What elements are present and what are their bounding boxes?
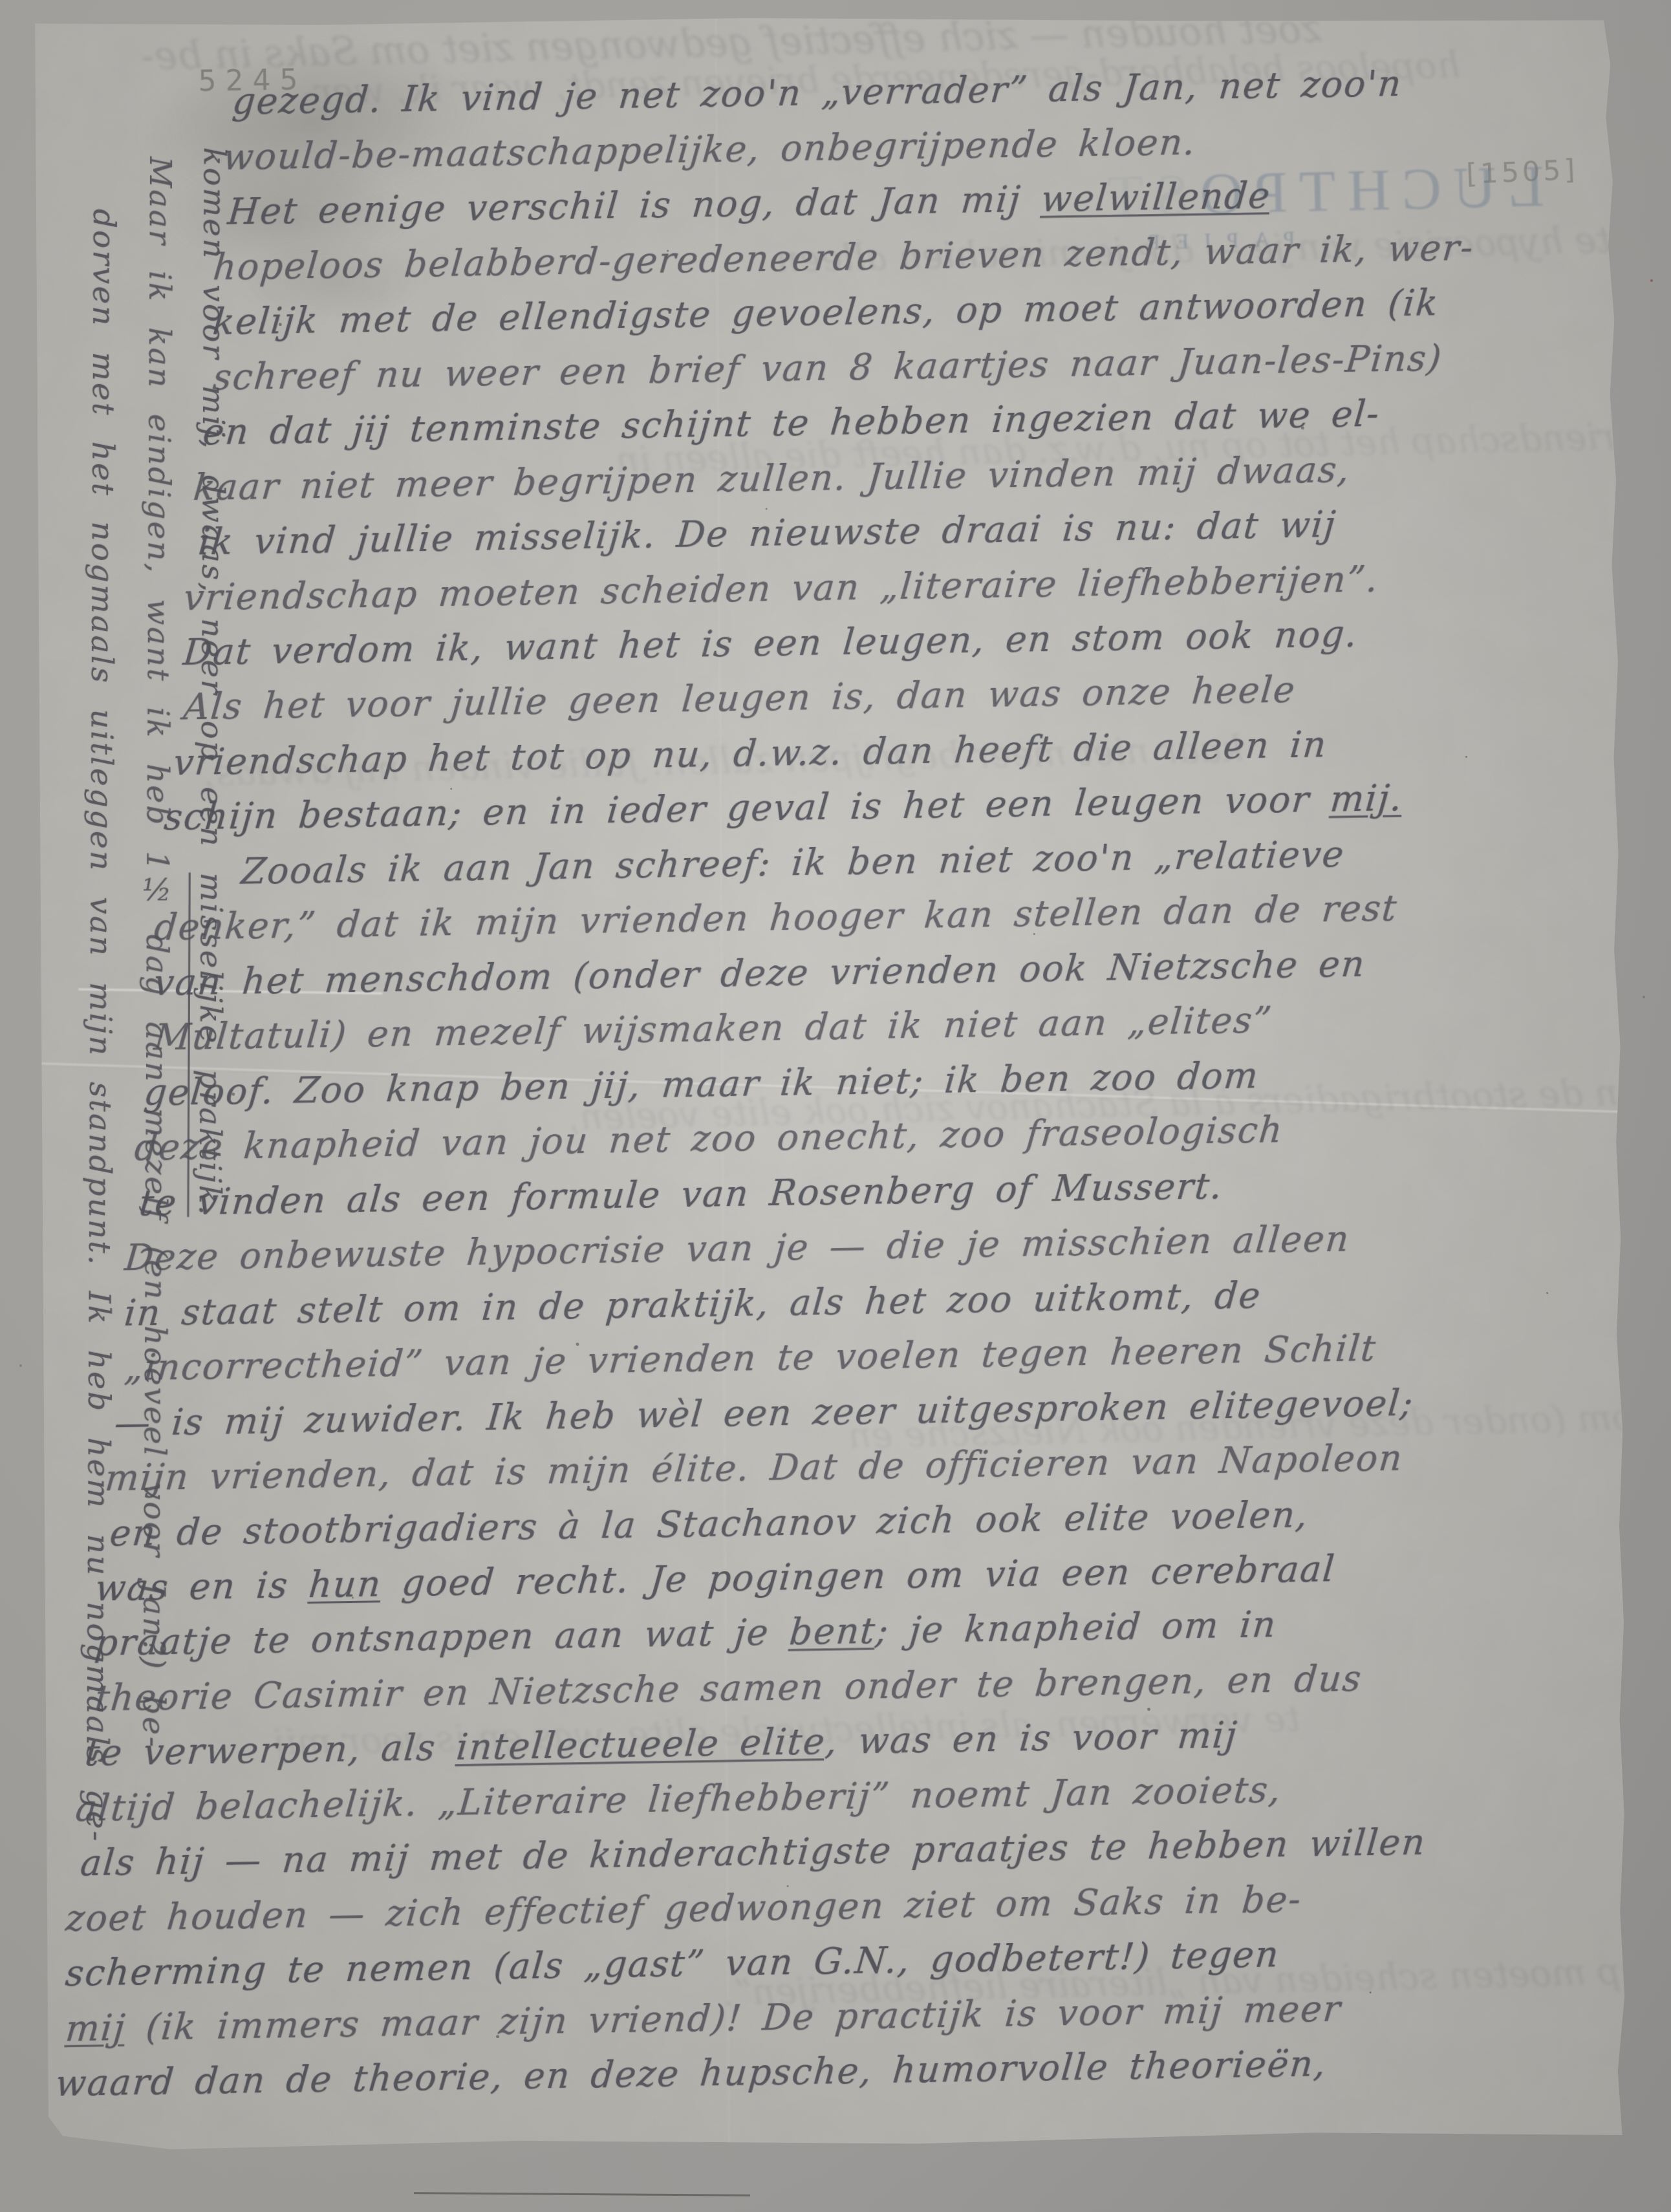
bleedthrough-handwriting: vriendschap het tot op nu, d.w.z. dan he… [615, 416, 1636, 482]
handwritten-line: te verwerpen, als intellectueele elite, … [83, 1704, 1467, 1781]
handwritten-line: schreef nu weer een brief van 8 kaartjes… [211, 328, 1590, 405]
handwritten-line: te vinden als een formule van Rosenberg … [137, 1154, 1516, 1231]
page-number-annotation: [1505] [1466, 156, 1579, 189]
handwritten-line: — is mij zuwider. Ik heb wèl een zeer ui… [113, 1374, 1496, 1451]
paper-grain-texture [31, 11, 1631, 2156]
handwritten-line: waard dan de theorie, en deze hupsche, h… [53, 2035, 1437, 2112]
paper-shading [31, 11, 1631, 2156]
handwritten-line: was en is hun goed recht. Je pogingen om… [93, 1540, 1482, 1616]
handwritten-line: would-be-maatschappelijke, onbegrijpende… [221, 108, 1609, 185]
handwritten-line: en dat jij tenminste schijnt te hebben i… [200, 383, 1584, 460]
handwritten-line: ik vind jullie misselijk. De nieuwste dr… [196, 493, 1575, 570]
vertical-fold-crease [715, 16, 731, 2151]
handwritten-line: en de stootbrigadiers à la Stachanov zic… [107, 1484, 1486, 1561]
handwritten-line: als hij — na mij met de kinderachtigste … [78, 1814, 1457, 1891]
handwritten-line: altijd belachelijk. „Literaire liefhebbe… [73, 1759, 1461, 1836]
horizontal-fold-crease [38, 1062, 1640, 1115]
luchtpost-letterhead-showthrough: LUCHTPOST PAPIER [1095, 156, 1546, 255]
left-margin-handwriting: komen voor mij, dwaas, neer op een misse… [31, 19, 251, 2156]
scanner-dust-speck [19, 1364, 22, 1367]
handwritten-line: deze knapheid van jou net zoo onecht, zo… [133, 1099, 1521, 1176]
letter-body-handwriting: gezegd. Ik vind je net zoo'n „verrader” … [49, 53, 1614, 2111]
handwritten-line: hopeloos belabberd-geredeneerde brieven … [211, 218, 1599, 295]
handwritten-line: zoet houden — zich effectief gedwongen z… [63, 1869, 1452, 1946]
handwritten-line: geloof. Zoo knap ben jij, maar ik niet; … [142, 1044, 1525, 1121]
handwritten-line: mij (ik immers maar zijn vriend)! De pra… [63, 1980, 1442, 2057]
handwritten-line: Als het voor jullie geen leugen is, dan … [181, 658, 1560, 735]
handwritten-line: Multatuli) en mezelf wijsmaken dat ik ni… [152, 989, 1531, 1066]
bleedthrough-handwriting: kaar niet meer begrijpen zullen. Jullie … [203, 728, 1244, 795]
handwritten-line: praatje te ontsnappen aan wat je bent; j… [92, 1595, 1476, 1671]
scanner-scratch [414, 2192, 750, 2196]
handwritten-line: vriendschap het tot op nu, d.w.z. dan he… [171, 714, 1555, 791]
handwritten-line: mijn vrienden, dat is mijn élite. Dat de… [103, 1429, 1491, 1506]
handwritten-line: gezegd. Ik vind je net zoo'n „verrader” … [230, 53, 1614, 130]
bleedthrough-handwriting: zoet houden — zich effectief gedwongen z… [141, 6, 1322, 79]
handwritten-line: „incorrectheid” van je vrienden te voele… [122, 1319, 1501, 1396]
margin-line: dorven met het nogmaals uitleggen van mi… [79, 209, 122, 1843]
handwritten-line: vriendschap moeten scheiden van „literai… [181, 548, 1569, 625]
paper-scratch [78, 989, 382, 994]
bleedthrough-handwriting: te verwerpen, als intellectueele elite, … [274, 1698, 1301, 1764]
pencil-smudge [116, 21, 504, 224]
paper-specks [279, 323, 282, 326]
scanner-background: 5245 [1505] LUCHTPOST PAPIER zoet houden… [0, 0, 1671, 2212]
handwritten-line: Dat verdom ik, want het is een leugen, e… [181, 603, 1565, 680]
bleedthrough-handwriting: Deze onbewuste hypocrisie van je — die j… [776, 213, 1671, 281]
handwritten-line: scherming te nemen (als „gast” van G.N.,… [63, 1924, 1447, 2001]
handwritten-line: Zooals ik aan Jan schreef: ik ben niet z… [166, 824, 1545, 901]
pencil-smudge [226, 231, 440, 330]
handwritten-line: in staat stelt om in de praktijk, als he… [122, 1264, 1506, 1341]
handwritten-line: denker,” dat ik mijn vrienden hooger kan… [152, 879, 1540, 956]
bleedthrough-handwriting: vriendschap moeten scheiden van „literai… [722, 1946, 1671, 2014]
handwritten-line: theorie Casimir en Nietzsche samen onder… [93, 1649, 1472, 1726]
handwritten-line: Het eenige verschil is nog, dat Jan mij … [226, 163, 1604, 240]
handwritten-line: schijn bestaan; en in ieder geval is het… [162, 769, 1550, 846]
margin-line: komen voor mij, dwaas, neer op een misse… [192, 147, 232, 1218]
airmail-letter-page: 5245 [1505] LUCHTPOST PAPIER zoet houden… [31, 11, 1631, 2156]
scanner-dust-speck [1643, 996, 1645, 998]
handwritten-line: Deze onbewuste hypocrisie van je — die j… [122, 1209, 1511, 1286]
scanner-dust-speck [1650, 279, 1653, 282]
inventory-number-annotation: 5245 [198, 66, 307, 96]
margin-line: Maar ik kan eindigen, want ik heb 1½ dag… [135, 156, 178, 1749]
luchtpost-brand-text: LUCHTPOST [1095, 156, 1546, 226]
bleedthrough-handwriting: en de stootbrigadiers à la Stachanov zic… [568, 1071, 1640, 1139]
bleedthrough-handwriting: hopeloos belabberd-geredeneerde brieven … [303, 44, 1461, 113]
handwritten-line: van het menschdom (onder deze vrienden o… [151, 934, 1535, 1011]
papier-brand-text: PAPIER [1097, 223, 1546, 255]
pencil-smudge [148, 151, 427, 275]
ink-bleedthrough-layer: zoet houden — zich effectief gedwongen z… [31, 11, 1618, 21]
handwritten-line: kelijk met de ellendigste gevoelens, op … [210, 274, 1594, 350]
bleedthrough-handwriting: van het menschdom (onder deze vrienden o… [848, 1390, 1671, 1457]
handwritten-line: kaar niet meer begrijpen zullen. Jullie … [191, 438, 1580, 515]
